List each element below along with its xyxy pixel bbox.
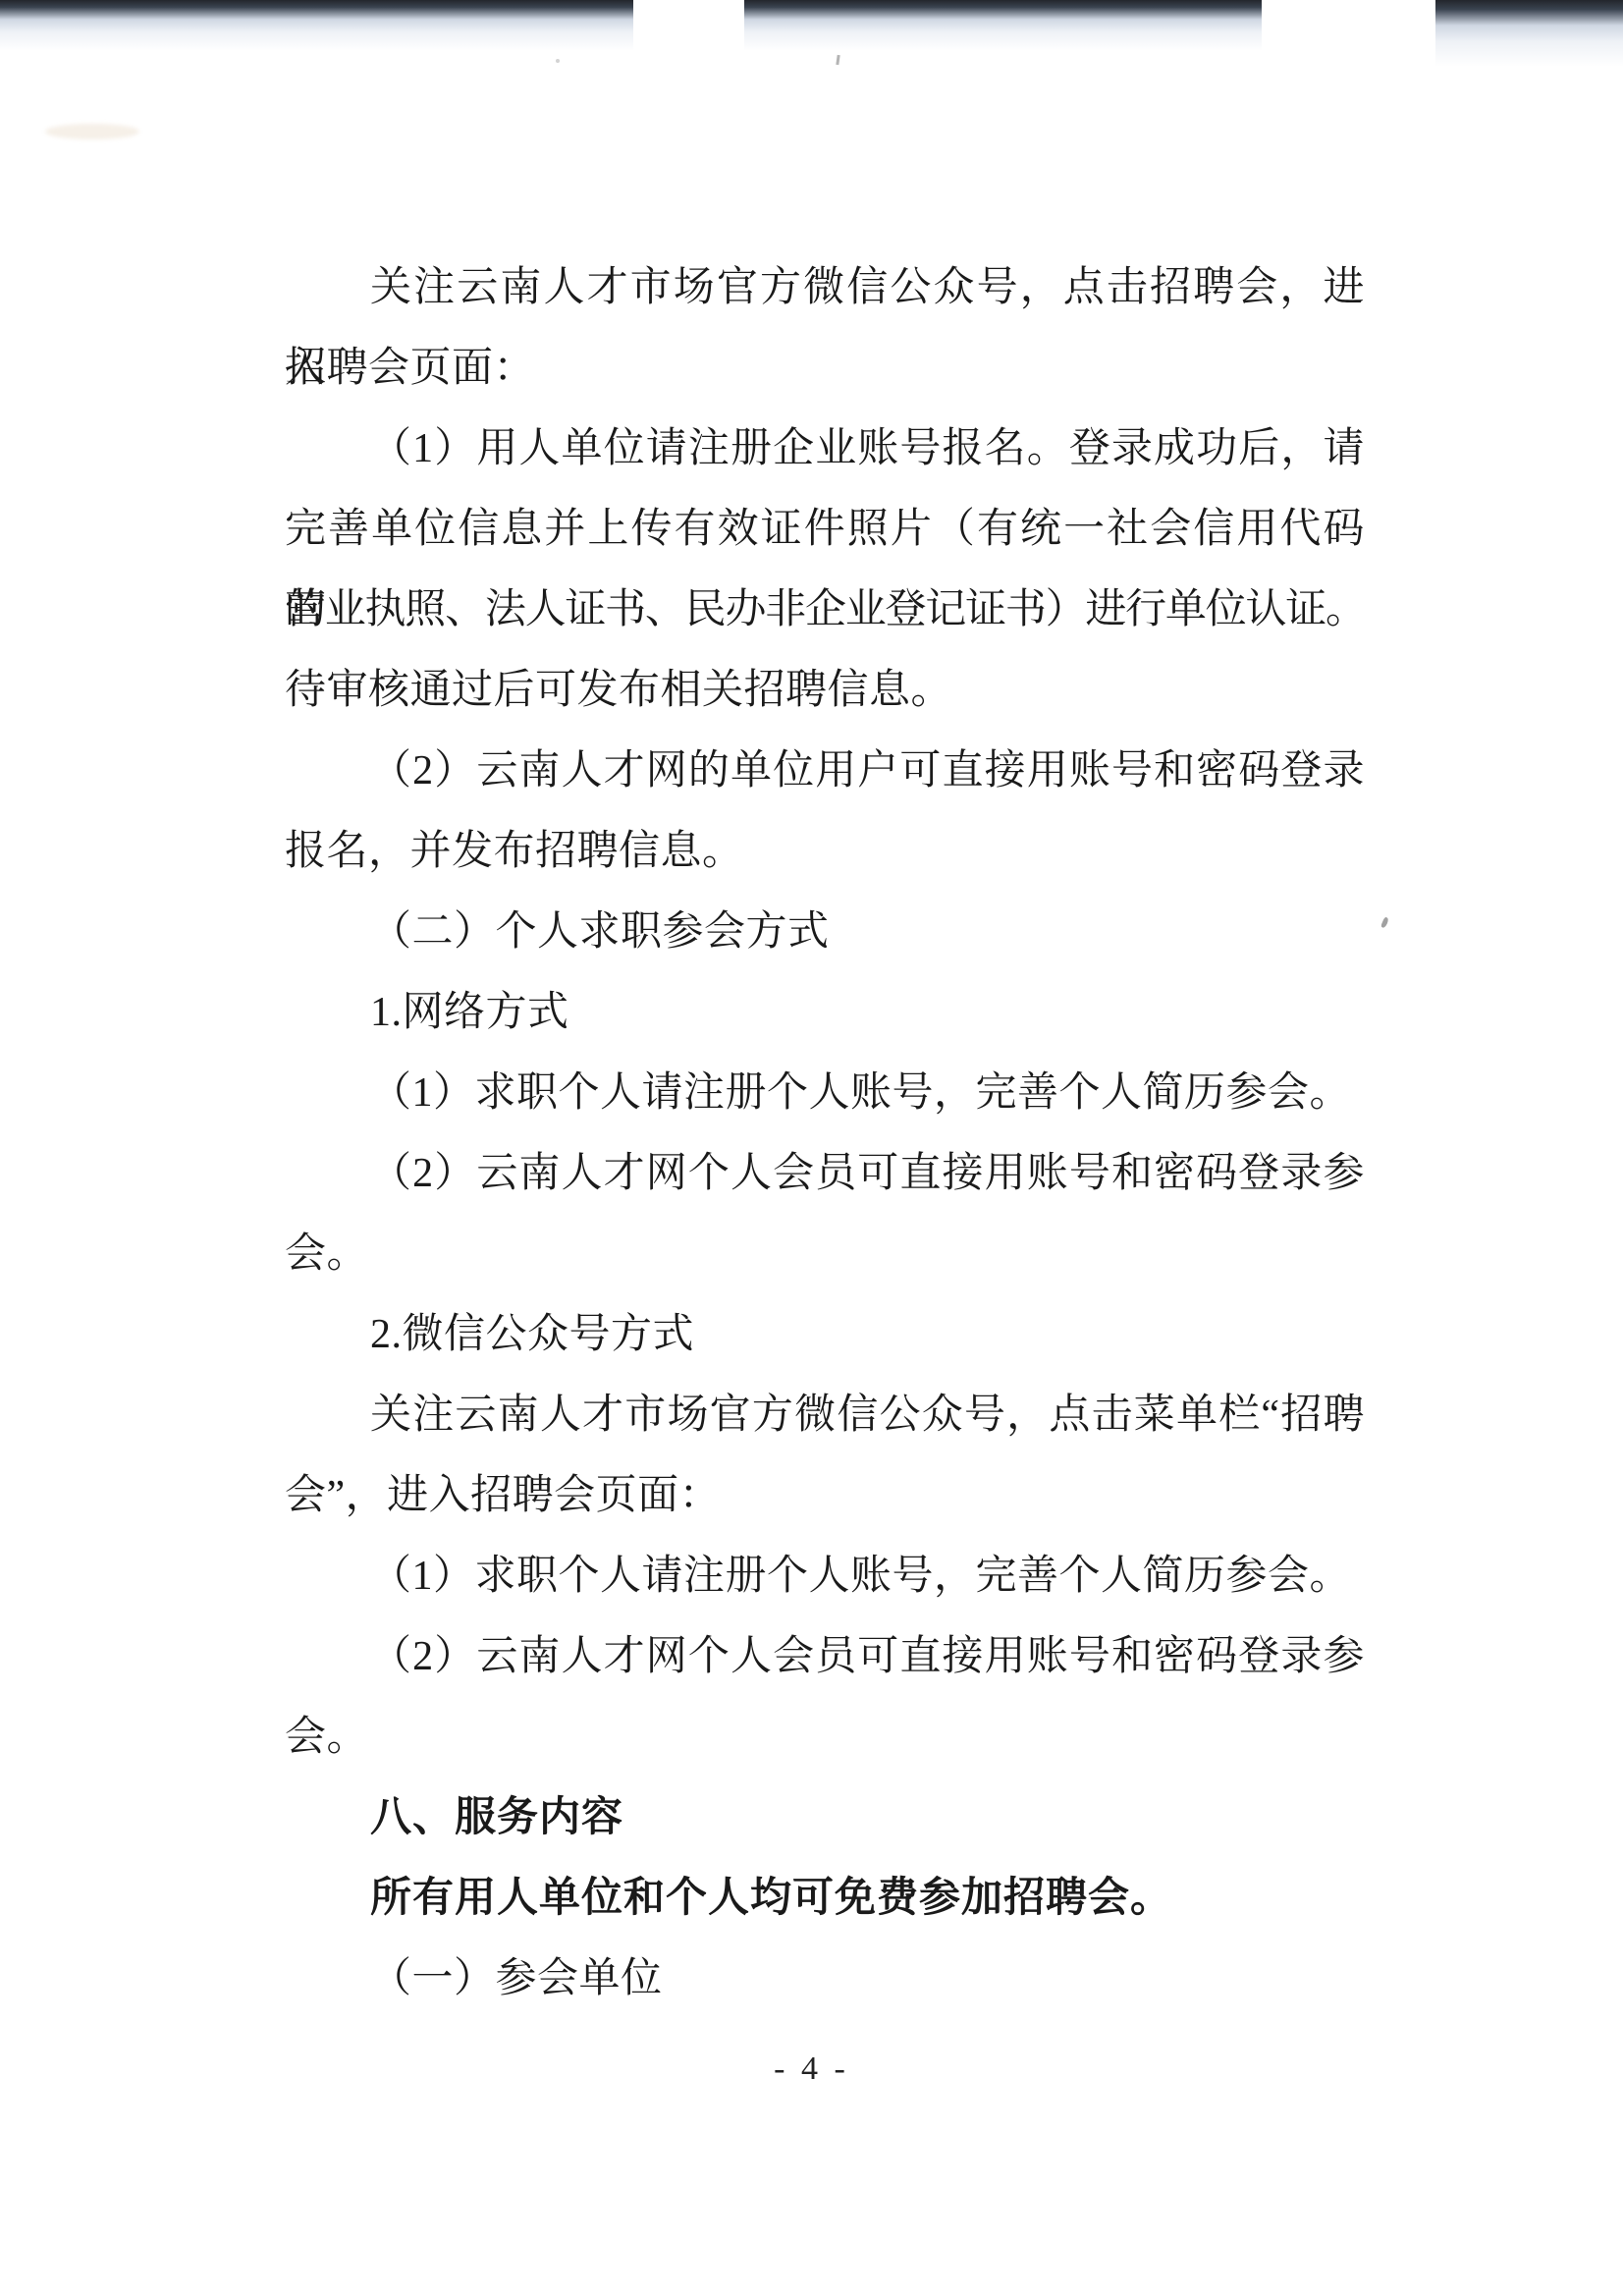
text-line: 关注云南人才市场官方微信公众号，点击菜单栏“招聘: [285, 1375, 1365, 1455]
text-line: （一）参会单位: [285, 1939, 1365, 2019]
text-line: 完善单位信息并上传有效证件照片（有统一社会信用代码的: [285, 489, 1365, 570]
document-body: 关注云南人才市场官方微信公众号，点击招聘会，进入 招聘会页面： （1）用人单位请…: [285, 247, 1365, 2019]
text-line: （二）个人求职参会方式: [285, 892, 1365, 972]
text-line: 1.网络方式: [285, 972, 1365, 1053]
text-line: （1）求职个人请注册个人账号，完善个人简历参会。: [285, 1053, 1365, 1133]
scan-artifact-top-band-middle: [744, 0, 1262, 51]
text-line: 营业执照、法人证书、民办非企业登记证书）进行单位认证。: [285, 570, 1365, 650]
scan-artifact-top-band-left: [0, 0, 633, 51]
text-line: 待审核通过后可发布相关招聘信息。: [285, 650, 1365, 731]
scan-artifact-top-band-right: [1435, 0, 1623, 67]
text-line: 会。: [285, 1697, 1365, 1777]
text-line: 2.微信公众号方式: [285, 1294, 1365, 1375]
text-line: （2）云南人才网个人会员可直接用账号和密码登录参: [285, 1616, 1365, 1697]
text-line: 会”，进入招聘会页面：: [285, 1455, 1365, 1536]
text-line: （1）求职个人请注册个人账号，完善个人简历参会。: [285, 1536, 1365, 1616]
text-line: 招聘会页面：: [285, 328, 1365, 409]
text-line: 报名，并发布招聘信息。: [285, 811, 1365, 892]
page-number: - 4 -: [0, 2050, 1623, 2088]
text-line: （1）用人单位请注册企业账号报名。登录成功后，请: [285, 409, 1365, 489]
scan-speck: [836, 55, 839, 65]
text-line: （2）云南人才网个人会员可直接用账号和密码登录参: [285, 1133, 1365, 1214]
document-page: 关注云南人才市场官方微信公众号，点击招聘会，进入 招聘会页面： （1）用人单位请…: [0, 0, 1623, 2296]
scan-speck: [1380, 916, 1389, 928]
section-heading: 八、服务内容: [285, 1777, 1365, 1858]
scan-speck: [556, 59, 560, 63]
section-heading: 所有用人单位和个人均可免费参加招聘会。: [285, 1858, 1365, 1939]
text-line: 会。: [285, 1214, 1365, 1294]
text-line: （2）云南人才网的单位用户可直接用账号和密码登录: [285, 731, 1365, 811]
text-line: 关注云南人才市场官方微信公众号，点击招聘会，进入: [285, 247, 1365, 328]
scan-smudge: [45, 124, 139, 139]
